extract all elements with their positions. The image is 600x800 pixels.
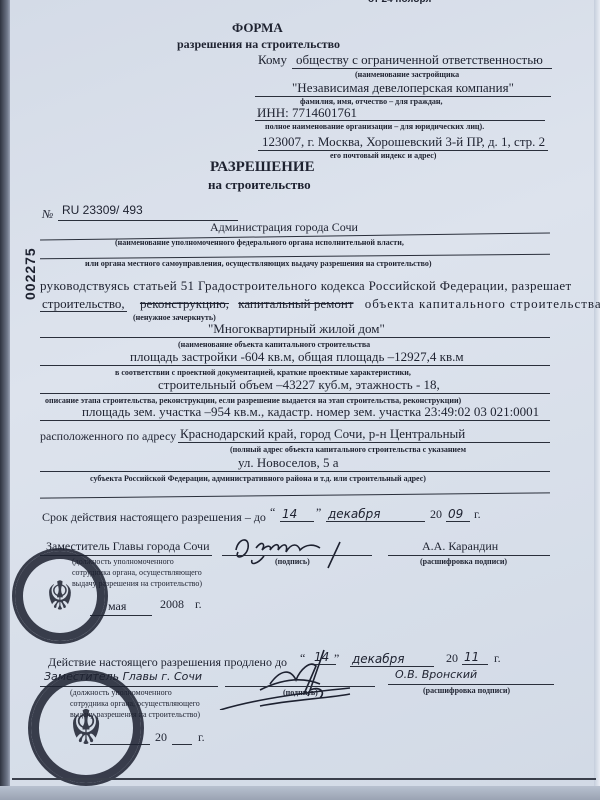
extension-signer-hint: (расшифровка подписи) (423, 686, 510, 695)
eagle-emblem-icon: ☬ (69, 700, 103, 756)
validity-day: 14 (280, 507, 314, 522)
signature-vronsky (200, 640, 380, 710)
area-line: площадь застройки -604 кв.м, общая площа… (130, 349, 464, 365)
validity-issue-unit: г. (195, 597, 202, 612)
authority-hint-1: (наименование уполномоченного федерально… (115, 238, 404, 247)
permit-number-label: № (42, 207, 53, 222)
address-line-2: ул. Новоселов, 5 а (238, 455, 339, 471)
recipient-address: 123007, г. Москва, Хорошевский 3-й ПР, д… (262, 134, 545, 150)
basis-text: руководствуясь статьей 51 Градостроитель… (40, 278, 572, 294)
address-line-1: Краснодарский край, город Сочи, р-н Цент… (180, 426, 465, 442)
validity-issue-month: мая (108, 599, 126, 614)
eagle-emblem-icon: ☬ (46, 573, 74, 620)
recipient-label: Кому (258, 52, 287, 68)
validity-signer-hint: (расшифровка подписи) (420, 557, 507, 566)
extension-date-unit: г. (198, 730, 205, 745)
validity-year-unit: г. (474, 507, 481, 522)
address-label: расположенного по адресу (40, 429, 176, 444)
recipient-hint-1: (наименование застройщика (355, 70, 459, 79)
photo-edge-right (594, 0, 600, 800)
recipient-hint-4: его почтовый индекс и адрес) (330, 151, 436, 160)
recipient-value-1: обществу с ограниченной ответственностью (296, 52, 543, 68)
object-name: "Многоквартирный жилой дом" (208, 321, 385, 337)
type-suffix: объекта капитального строительства (365, 296, 600, 311)
authority-hint-2: или органа местного самоуправления, осущ… (85, 259, 432, 268)
validity-issue-year: 2008 (160, 597, 184, 612)
permit-subtitle: на строительство (208, 177, 311, 193)
type-reconstruction-struck: реконструкцию, (140, 296, 229, 311)
type-repair-struck: капитальный ремонт (238, 296, 353, 311)
validity-signature-hint: (подпись) (275, 557, 310, 566)
validity-year-prefix: 20 (430, 507, 442, 522)
strike-hint: (ненужное зачеркнуть) (133, 313, 216, 322)
recipient-value-2: "Независимая девелоперская компания" (292, 80, 514, 96)
photo-edge-bottom (0, 786, 600, 800)
form-title: ФОРМА (232, 20, 283, 36)
form-subtitle: разрешения на строительство (177, 37, 340, 52)
extension-signature-hint: (подпись) (283, 688, 318, 697)
header-cut-text: от 24 ноября (368, 0, 431, 5)
recipient-hint-3: полное наименование организации – для юр… (265, 122, 484, 131)
type-construction: строительство, (40, 296, 127, 312)
area-hint: в соответствии с проектной документацией… (115, 368, 411, 377)
object-hint: (наименование объекта капитального строи… (178, 340, 370, 349)
address-hint-1: (полный адрес объекта капитального строи… (230, 445, 466, 454)
extension-year-unit: г. (494, 651, 501, 666)
validity-year-suffix: 09 (446, 507, 470, 522)
authority-name: Администрация города Сочи (210, 220, 358, 235)
land-line: площадь зем. участка –954 кв.м., кадастр… (82, 404, 539, 420)
serial-number: 002275 (22, 247, 38, 300)
official-stamp-1: ☬ (12, 548, 108, 644)
validity-month: декабря (326, 507, 425, 522)
permit-title: РАЗРЕШЕНИЕ (210, 159, 315, 176)
official-stamp-2: ☬ (28, 670, 144, 786)
validity-label: Срок действия настоящего разрешения – до (42, 510, 266, 525)
volume-line: строительный объем –43227 куб.м, этажнос… (158, 377, 440, 393)
extension-year-prefix: 20 (446, 651, 458, 666)
extension-signer: О.В. Вронский (395, 668, 477, 681)
extension-year-suffix: 11 (462, 650, 488, 665)
permit-type-row: строительство, реконструкцию, капитальны… (40, 296, 600, 312)
validity-signer: А.А. Карандин (422, 539, 498, 554)
extension-date-prefix: 20 (155, 730, 167, 745)
permit-number: RU 23309/ 493 (62, 203, 143, 217)
recipient-inn: ИНН: 7714601761 (257, 105, 357, 121)
address-hint-2: субъекта Российской Федерации, администр… (90, 474, 426, 483)
